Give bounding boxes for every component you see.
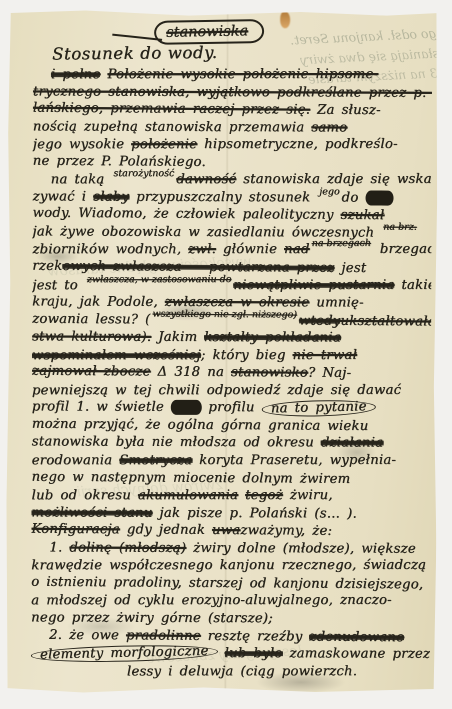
manuscript-line: jak żywe obozowiska w zasiedlaniu ówczes… xyxy=(32,223,431,242)
struck-text: lańskiego, przemawia raczej przez się. xyxy=(33,101,310,118)
manuscript-line: lub od okresu akumulowania tegoż żwiru, xyxy=(31,487,430,505)
manuscript-line: stanowiska była nie młodsza od okresu dz… xyxy=(32,434,431,453)
handwritten-text: Za słusz- xyxy=(310,103,381,118)
heavy-struck-text: zdenudowane xyxy=(309,629,404,645)
handwritten-text: ; który bieg xyxy=(201,348,293,363)
struck-text: dolinę (młodszą) xyxy=(69,540,186,555)
page-title: Stosunek do wody. xyxy=(52,43,218,64)
handwritten-text: 1. xyxy=(49,540,69,555)
handwritten-text: hipsometryczne, podkreślo- xyxy=(197,137,397,152)
handwritten-text: lub od okresu xyxy=(31,488,137,503)
manuscript-line: zbiorników wodnych, zwł. głównie nadna b… xyxy=(32,241,431,259)
handwritten-text: ? Naj- xyxy=(308,366,351,381)
handwritten-text: Jakim xyxy=(151,330,204,345)
manuscript-line: erodowania Smotrycza koryta Praseretu, w… xyxy=(32,452,431,470)
manuscript-line: lessy i deluwja (ciąg powierzch. xyxy=(127,663,430,681)
handwritten-text: profilu xyxy=(201,400,261,415)
handwritten-text: wody. Wiadomo, że człowiek paleolityczny xyxy=(32,206,340,223)
struck-text: pradolinne xyxy=(126,628,201,644)
handwritten-text: można przyjąć, że ogólna górna granica w… xyxy=(32,417,369,434)
manuscript-line: wspominałem wcześniej; który bieg nie tr… xyxy=(32,347,431,365)
struck-text: nad xyxy=(284,242,310,257)
struck-text: stanowisko xyxy=(231,365,308,381)
manuscript-line: nego w następnym miocenie dolnym żwirem xyxy=(32,468,431,488)
manuscript-line: 2. że owe pradolinne resztę rzeźby zdenu… xyxy=(49,626,430,646)
heavy-struck-text: lub było xyxy=(224,646,282,661)
handwritten-text: zowania lessu? ( xyxy=(32,311,150,327)
struck-text: uwa xyxy=(212,523,241,538)
handwritten-text: stanowiska była nie młodsza od okresu xyxy=(32,435,321,451)
heavy-struck-text: słaby xyxy=(93,189,129,204)
handwritten-text: nością zupełną stanowiska przemawia xyxy=(33,119,312,135)
ink-blot-text: tego xyxy=(171,400,202,415)
struck-text: tegoż xyxy=(245,488,283,503)
manuscript-line: jego wysokie położenie hipsometryczne, p… xyxy=(33,136,432,154)
inserted-struck-text: na brz. xyxy=(383,218,417,236)
circled-annotation: na to pytanie xyxy=(261,399,375,417)
handwritten-text: nego przez żwiry górne (starsze); xyxy=(31,610,273,626)
handwritten-text: Δ 318 na xyxy=(151,365,231,381)
struck-text: samo xyxy=(311,120,347,135)
struck-text: ukształtowała xyxy=(340,313,432,329)
manuscript-line: 1. dolinę (młodszą) żwiry dolne (młodsze… xyxy=(49,539,430,558)
struck-text: akumulowania xyxy=(138,488,238,503)
struck-text: dawność xyxy=(176,172,236,187)
struck-text: położenie xyxy=(131,137,197,152)
manuscript-line: wody. Wiadomo, że człowiek paleolityczny… xyxy=(32,205,431,225)
scanned-document: { "document": { "kind": "handwritten man… xyxy=(0,0,452,709)
struck-text: Konfiguracja xyxy=(31,522,120,538)
manuscript-line: pewniejszą w tej chwili odpowiedź zdaje … xyxy=(32,382,431,400)
manuscript-paper: profilu 1-go odsł. kanjonu Seret. gdzie … xyxy=(6,10,438,693)
handwritten-text: jest to xyxy=(32,278,85,293)
manuscript-line: stwa kulturowa). Jakim kształty pokładan… xyxy=(32,329,431,348)
manuscript-line: nością zupełną stanowiska przemawia samo xyxy=(33,118,432,137)
boxed-crossed-word: stanowiska xyxy=(154,19,264,45)
manuscript-lines: i pełne Położenie wysokie położenie hips… xyxy=(31,65,432,681)
handwritten-text: brzegach xyxy=(373,242,432,257)
manuscript-line: elementy morfologiczne lub było zamaskow… xyxy=(31,644,430,663)
bleedthrough-text: gdzie odsłaniają się dwa żwiry xyxy=(300,43,452,67)
handwritten-text: o istnieniu pradoliny, starszej od kanjo… xyxy=(31,574,423,592)
handwritten-text: kraju, jak Podole, xyxy=(32,294,165,309)
manuscript-line: o istnieniu pradoliny, starszej od kanjo… xyxy=(31,573,430,593)
handwritten-text: do xyxy=(342,190,366,205)
handwritten-text: głównie xyxy=(216,242,284,257)
struck-text: zwł. xyxy=(188,243,216,258)
manuscript-line: Konfiguracja gdy jednak uwazważymy, że: xyxy=(31,521,430,541)
handwritten-text: na taką xyxy=(51,172,112,187)
manuscript-line: lańskiego, przemawia raczej przez się. Z… xyxy=(33,100,432,120)
heavy-struck-text: i pełne xyxy=(51,67,100,82)
manuscript-line: trycznego stanowiska, wyjątkowo podkreśl… xyxy=(33,83,432,102)
struck-text: szukał xyxy=(340,208,384,223)
handwritten-text: profil 1. w świetle xyxy=(32,400,171,415)
handwritten-text: a młodszej od cyklu erozyjno-aluwjalnego… xyxy=(31,593,392,608)
ink-blot-text: wód xyxy=(365,190,393,205)
struck-text: zajmował zbocze xyxy=(32,364,151,380)
rust-stain xyxy=(280,11,290,28)
bleedthrough-text: profilu 1-go odsł. kanjonu Seret. xyxy=(290,23,452,48)
manuscript-line: i pełne Położenie wysokie położenie hips… xyxy=(51,66,432,84)
heavy-struck-text: wtedy xyxy=(299,313,341,328)
heavy-struck-text: działania xyxy=(321,436,383,451)
handwritten-text: 2. że owe xyxy=(49,627,126,643)
heavy-struck-text: możliwości stanu xyxy=(31,505,152,520)
handwritten-text: żwiry dolne (młodsze), większe xyxy=(186,541,416,557)
handwritten-text: resztę rzeźby xyxy=(201,628,310,644)
handwritten-text: erodowania xyxy=(32,453,120,468)
handwritten-text: krawędzie współczesnego kanjonu rzeczneg… xyxy=(31,558,426,573)
inserted-struck-text: zwłaszcza, w zastosowaniu do xyxy=(87,271,232,289)
handwritten-text: zamaskowane przez xyxy=(282,646,430,662)
heavy-struck-text: kształty pokładania xyxy=(204,330,341,345)
manuscript-line: ne przez P. Polańskiego. xyxy=(33,152,432,172)
handwritten-text: takiego xyxy=(394,277,432,292)
handwritten-text: pewniejszą w tej chwili odpowiedź zdaje … xyxy=(32,383,401,398)
manuscript-line: można przyjąć, że ogólna górna granica w… xyxy=(32,416,431,436)
manuscript-line: zajmował zbocze Δ 318 na stanowisko? Naj… xyxy=(32,363,431,383)
heavy-struck-text: Smotrycza xyxy=(119,453,192,468)
struck-text: Położenie wysokie położenie hipsome- xyxy=(107,67,378,82)
manuscript-line: a młodszej od cyklu erozyjno-aluwjalnego… xyxy=(31,592,430,610)
handwritten-text: przypuszczalny stosunek xyxy=(129,190,317,206)
manuscript-line: zowania lessu? (wszystkiego nie zgł. niż… xyxy=(32,310,431,330)
handwritten-text: koryta Praseretu, wypełnia- xyxy=(192,453,396,468)
heavy-struck-text: wspominałem wcześniej xyxy=(32,348,201,363)
handwritten-text: gdy jednak xyxy=(120,522,212,538)
circled-annotation: elementy morfologiczne xyxy=(31,644,218,664)
handwritten-text: rzek xyxy=(32,259,62,274)
handwritten-text: zważymy, że: xyxy=(240,523,332,539)
struck-text: nie trwał xyxy=(292,348,357,363)
handwritten-text: jest xyxy=(334,261,366,276)
handwritten-text: jak pisze p. Polański (s… ). xyxy=(152,505,356,521)
handwritten-text: żwiru, xyxy=(283,488,333,503)
handwritten-text: umnię- xyxy=(309,295,363,310)
handwritten-text: zbiorników wodnych, xyxy=(32,243,188,258)
handwritten-text: zywać i xyxy=(33,189,94,204)
inserted-struck-text: na brzegach xyxy=(312,235,371,253)
manuscript-line: jest to zwłaszcza, w zastosowaniu doniew… xyxy=(32,276,431,294)
handwritten-text: nego w następnym miocenie dolnym żwirem xyxy=(32,469,351,486)
manuscript-line: nego przez żwiry górne (starsze); xyxy=(31,609,430,628)
manuscript-line: na taką starożytnośćdawność stanowiska z… xyxy=(51,171,432,189)
manuscript-line: profil 1. w świetle tego profilu na to p… xyxy=(32,399,431,418)
handwritten-text: jego wysokie xyxy=(33,137,131,152)
heavy-struck-text: niewątpliwie pustarnia xyxy=(233,277,394,292)
struck-text: trycznego stanowiska, wyjątkowo podkreśl… xyxy=(33,84,432,100)
inserted-text: starożytność xyxy=(113,165,174,183)
handwritten-text: lessy i deluwja (ciąg powierzch. xyxy=(127,664,357,679)
handwritten-text xyxy=(238,488,245,503)
inserted-text: jego xyxy=(319,183,339,201)
inserted-struck-text: wszystkiego nie zgł. niższego) xyxy=(152,305,297,324)
handwritten-text xyxy=(218,646,225,661)
manuscript-line: krawędzie współczesnego kanjonu rzeczneg… xyxy=(31,557,430,575)
struck-text: stwa kulturowa). xyxy=(32,330,151,345)
